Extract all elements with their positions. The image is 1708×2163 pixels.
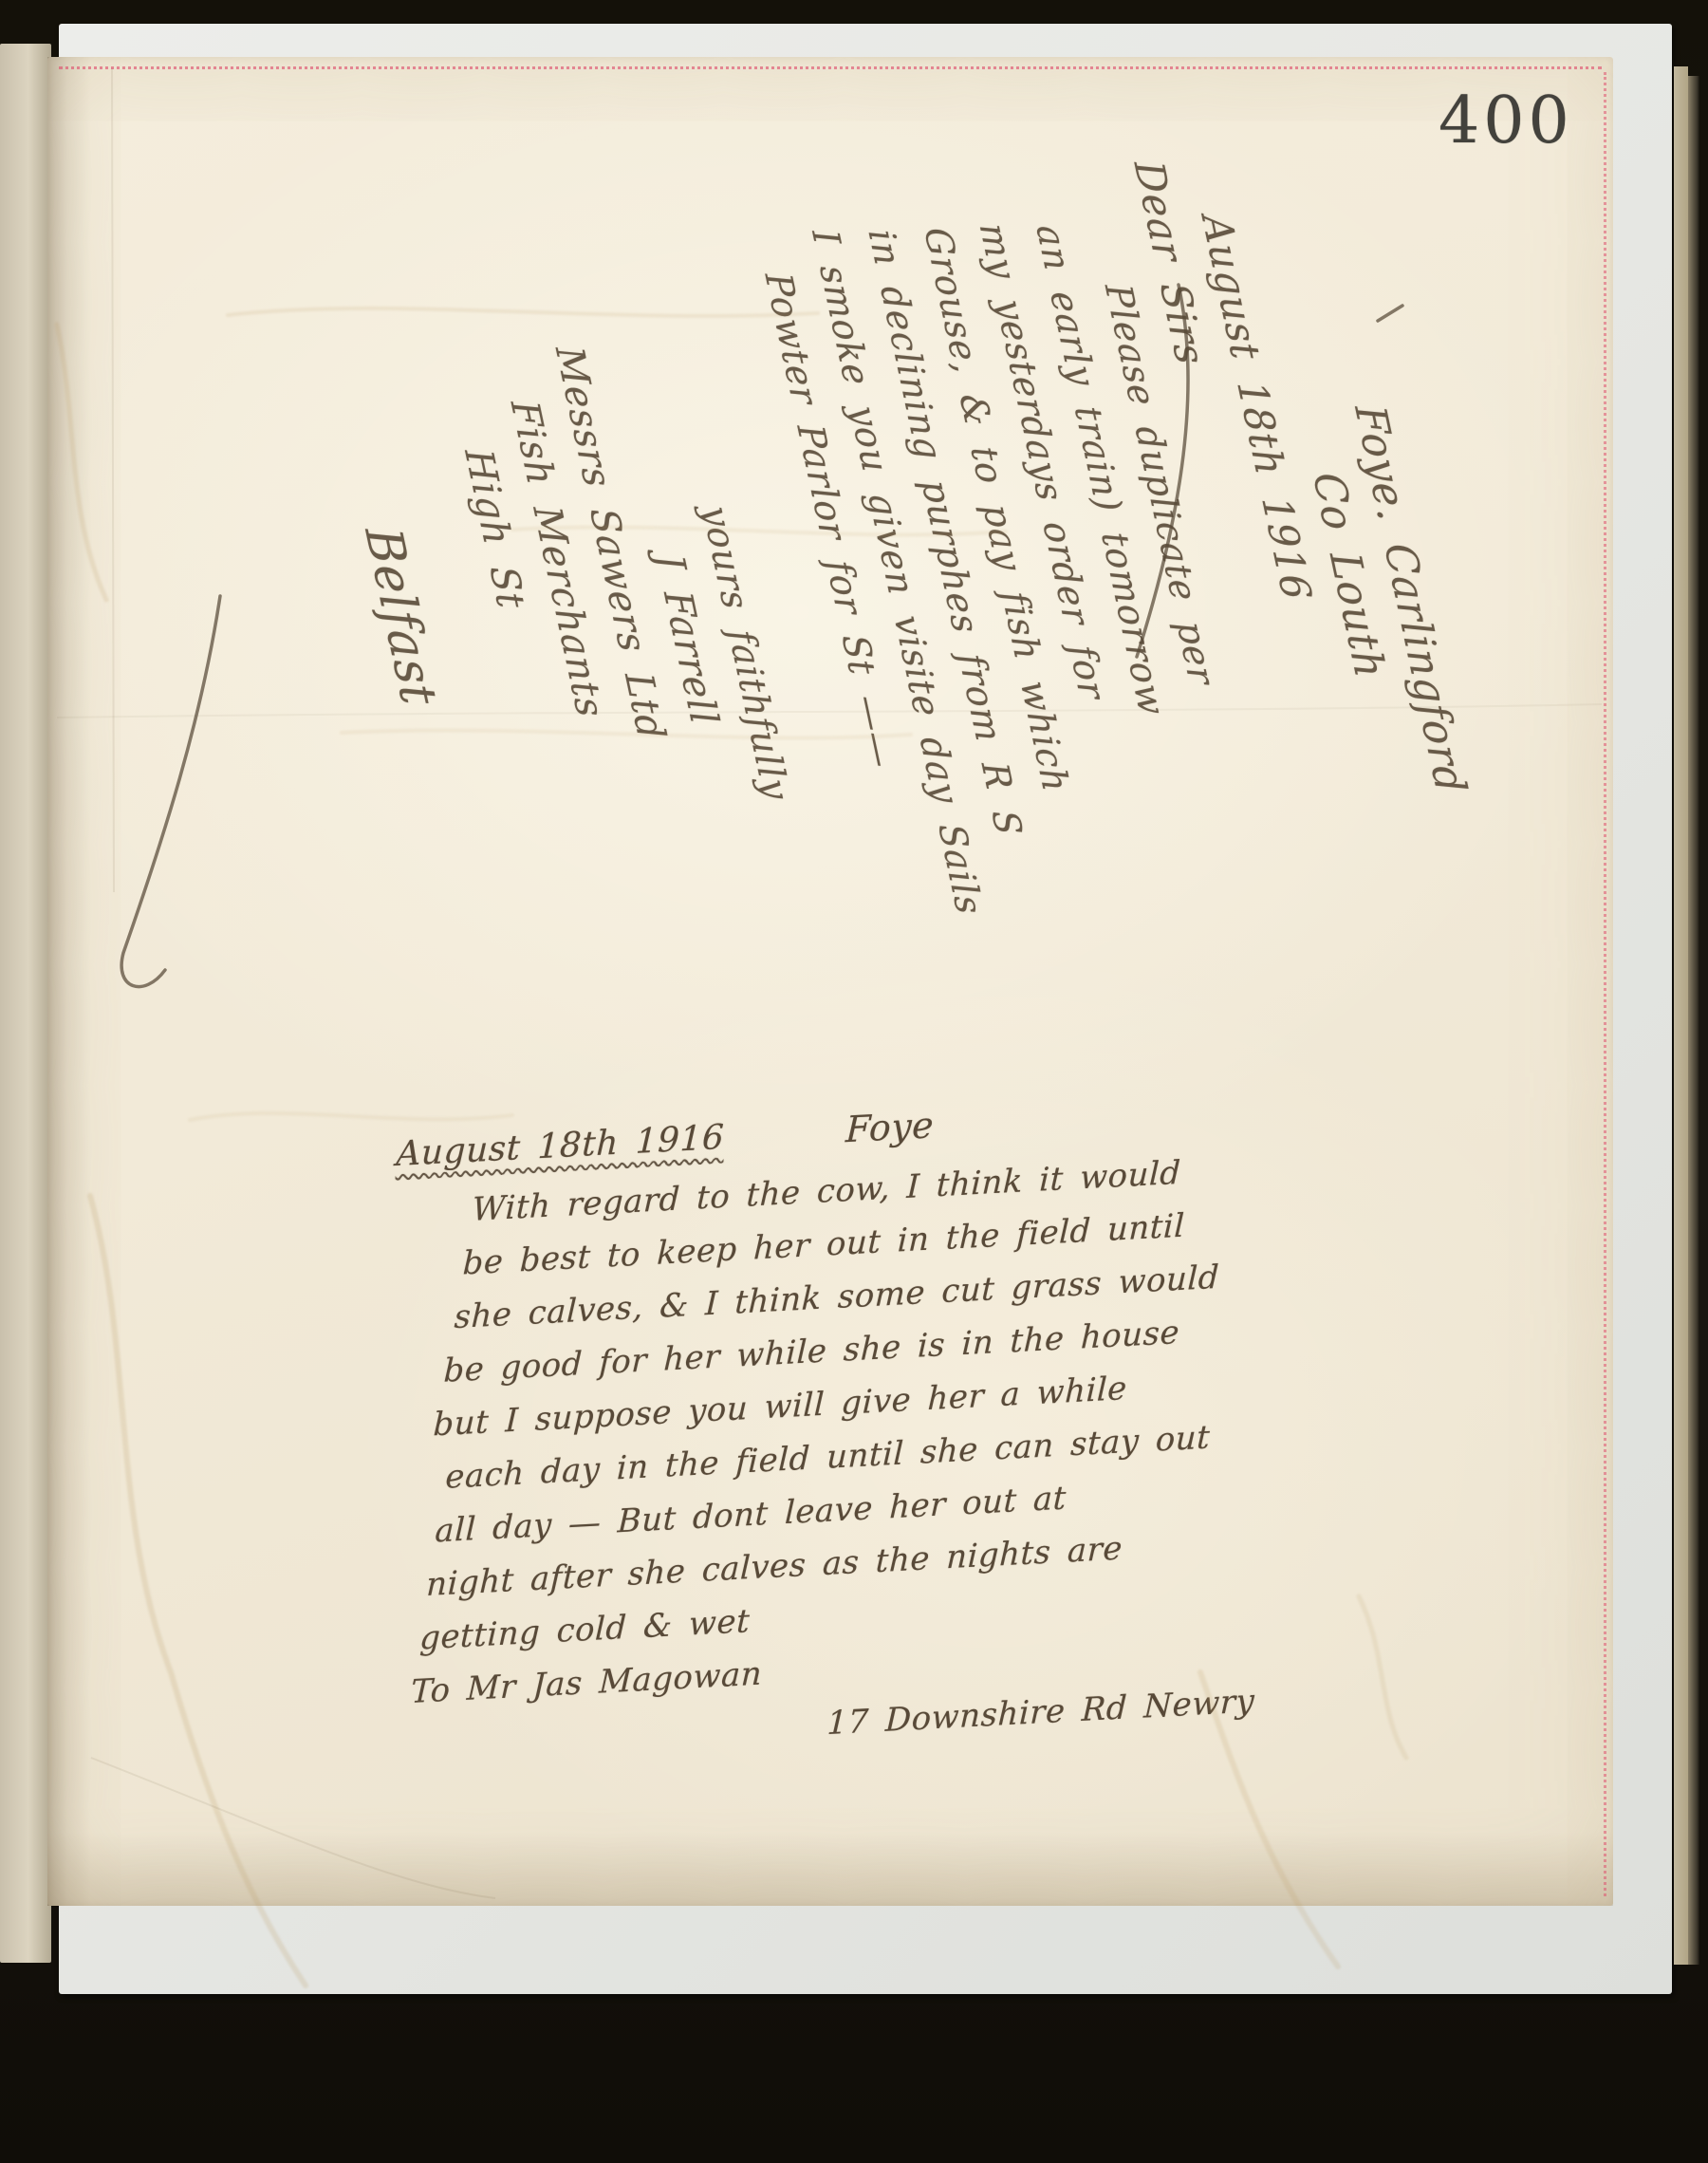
folio-number-stamp: 400 xyxy=(1439,84,1573,158)
note-date: August 18th 1916 xyxy=(396,1118,725,1174)
previous-page-edge xyxy=(0,44,51,1963)
ragged-page-edges xyxy=(1674,66,1688,1965)
note-body: With regard to the cow, I think it would… xyxy=(381,1146,1226,1772)
red-edge-line-top xyxy=(59,66,1602,69)
gutter-shadow xyxy=(47,57,91,1906)
note-place: Foye xyxy=(845,1104,935,1150)
letter-book-scan: 400 Foye. CarlingfordCo LouthAugust 18th… xyxy=(0,0,1708,2163)
cow-memo-letter: August 18th 1916Foye With regard to the … xyxy=(378,1085,1226,1772)
red-edge-line-right xyxy=(1604,72,1606,1896)
book-cover-edge xyxy=(1688,76,1699,1965)
page-bottom-shadow xyxy=(47,1832,1613,1906)
